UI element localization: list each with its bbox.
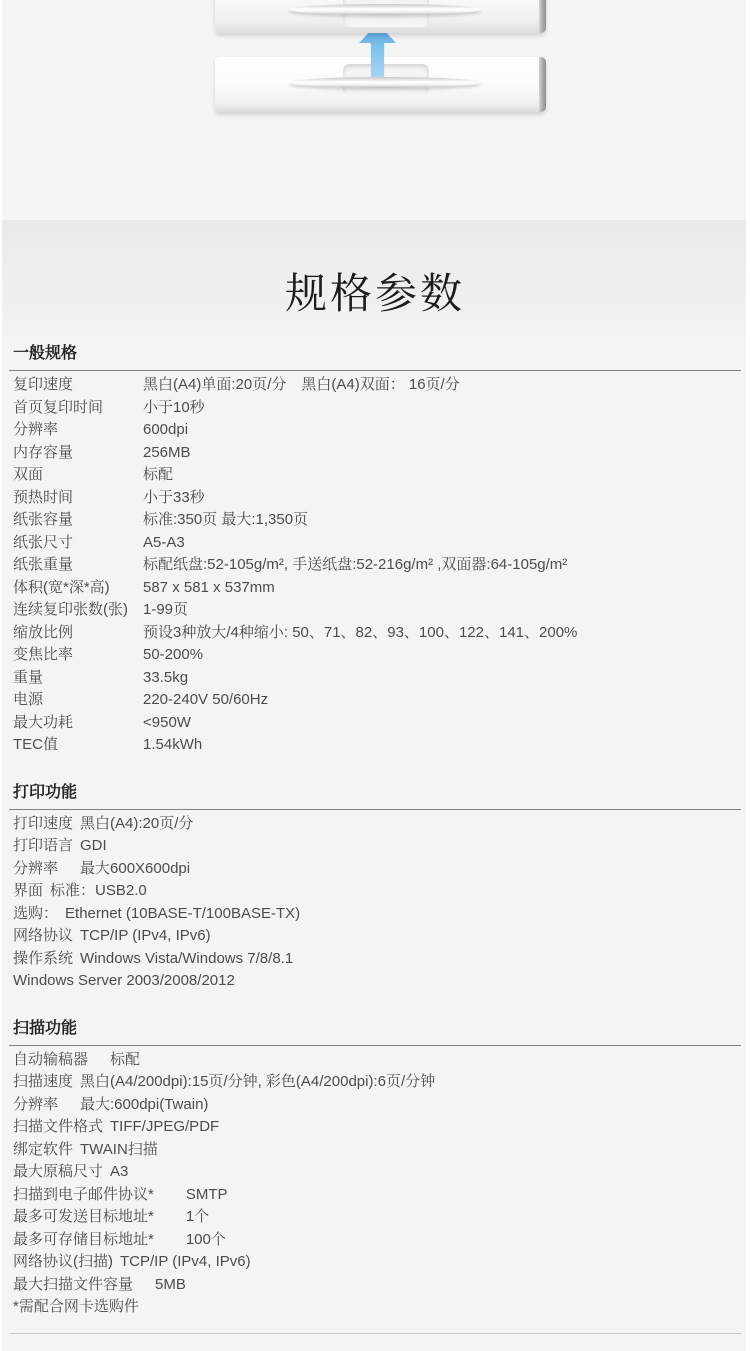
- spec-label: 分辨率: [13, 860, 58, 877]
- spec-value: 标准:350页 最大:1,350页: [143, 509, 741, 532]
- spec-label: 最大功耗: [13, 712, 143, 735]
- section-print: 打印功能 打印速度黑白(A4):20页/分 打印语言GDI 分辨率最大600X6…: [9, 783, 741, 993]
- spec-label: 双面: [13, 464, 143, 487]
- spec-row: 扫描到电子邮件协议*SMTP: [13, 1184, 741, 1207]
- spec-row: 打印速度黑白(A4):20页/分: [13, 813, 741, 836]
- spec-label: 最大原稿尺寸: [13, 1163, 103, 1180]
- spec-label: 重量: [13, 667, 143, 690]
- spec-row: 最大扫描文件容量5MB: [13, 1274, 741, 1297]
- spec-row: 分辨率最大:600dpi(Twain): [13, 1094, 741, 1117]
- spec-row: 预热时间小于33秒: [13, 487, 741, 510]
- section-scan-rows: 自动输稿器标配 扫描速度黑白(A4/200dpi):15页/分钟, 彩色(A4/…: [9, 1046, 741, 1319]
- spec-value: Ethernet (10BASE-T/100BASE-TX): [65, 905, 300, 922]
- spec-row: 重量33.5kg: [13, 667, 741, 690]
- product-photo: [0, 0, 750, 220]
- spec-row footnote: *需配合网卡选购件: [13, 1296, 741, 1319]
- left-page-edge: [0, 0, 2, 1351]
- spec-value: TCP/IP (IPv4, IPv6): [80, 927, 211, 944]
- spec-value: 1个: [186, 1208, 209, 1225]
- section-print-rows: 打印速度黑白(A4):20页/分 打印语言GDI 分辨率最大600X600dpi…: [9, 810, 741, 993]
- section-print-heading: 打印功能: [9, 783, 741, 810]
- spec-label: 最多可发送目标地址*: [13, 1208, 154, 1225]
- spec-row: 打印语言GDI: [13, 835, 741, 858]
- bottom-divider: [10, 1333, 741, 1334]
- spec-label: 网络协议(扫描): [13, 1253, 113, 1270]
- spec-label: 扫描文件格式: [13, 1118, 103, 1135]
- tray-handle: [289, 77, 481, 88]
- spec-value: TWAIN扫描: [80, 1141, 158, 1158]
- spec-value: 587 x 581 x 537mm: [143, 577, 741, 600]
- spec-row: 连续复印张数(张)1-99页: [13, 599, 741, 622]
- spec-label: 扫描速度: [13, 1073, 73, 1090]
- spec-row: 复印速度黑白(A4)单面:20页/分 黑白(A4)双面： 16页/分: [13, 374, 741, 397]
- spec-label: 打印语言: [13, 837, 73, 854]
- spec-row: 绑定软件TWAIN扫描: [13, 1139, 741, 1162]
- right-page-edge: [746, 0, 750, 1351]
- spec-panel: 规格参数 一般规格 复印速度黑白(A4)单面:20页/分 黑白(A4)双面： 1…: [0, 220, 750, 1351]
- spec-value: 标配: [110, 1051, 140, 1068]
- spec-value: TCP/IP (IPv4, IPv6): [120, 1253, 251, 1270]
- spec-row: 体积(宽*深*高)587 x 581 x 537mm: [13, 577, 741, 600]
- spec-row: 纸张重量标配纸盘:52-105g/m², 手送纸盘:52-216g/m² ,双面…: [13, 554, 741, 577]
- spec-value: 黑白(A4):20页/分: [80, 815, 193, 832]
- spec-value: 256MB: [143, 442, 741, 465]
- spec-row: 纸张容量标准:350页 最大:1,350页: [13, 509, 741, 532]
- spec-value: 最大600X600dpi: [80, 860, 190, 877]
- spec-value: 标配纸盘:52-105g/m², 手送纸盘:52-216g/m² ,双面器:64…: [143, 554, 741, 577]
- section-scan-heading: 扫描功能: [9, 1019, 741, 1046]
- spec-row: 扫描文件格式TIFF/JPEG/PDF: [13, 1116, 741, 1139]
- section-scan: 扫描功能 自动输稿器标配 扫描速度黑白(A4/200dpi):15页/分钟, 彩…: [9, 1019, 741, 1319]
- spec-label: 纸张容量: [13, 509, 143, 532]
- spec-row: 最多可存储目标地址*100个: [13, 1229, 741, 1252]
- spec-label: 分辨率: [13, 419, 143, 442]
- spec-label: 电源: [13, 689, 143, 712]
- spec-value: 黑白(A4)单面:20页/分 黑白(A4)双面： 16页/分: [143, 374, 741, 397]
- spec-label: 纸张尺寸: [13, 532, 143, 555]
- spec-row: 网络协议TCP/IP (IPv4, IPv6): [13, 925, 741, 948]
- spec-label: 复印速度: [13, 374, 143, 397]
- spec-row: 分辨率最大600X600dpi: [13, 858, 741, 881]
- spec-value: 小于10秒: [143, 397, 741, 420]
- spec-value: 1.54kWh: [143, 734, 741, 757]
- spec-value: <950W: [143, 712, 741, 735]
- spec-row: 界面标准：USB2.0: [13, 880, 741, 903]
- spec-value: A3: [110, 1163, 128, 1180]
- spec-value: 预设3种放大/4种缩小: 50、71、82、93、100、122、141、200…: [143, 622, 741, 645]
- spec-row: 最大功耗<950W: [13, 712, 741, 735]
- spec-value: Windows Vista/Windows 7/8/8.1: [80, 950, 293, 967]
- spec-row: 自动输稿器标配: [13, 1049, 741, 1072]
- spec-label: 体积(宽*深*高): [13, 577, 143, 600]
- spec-label: 选购：: [13, 905, 58, 922]
- spec-label: TEC值: [13, 734, 143, 757]
- spec-value: 220-240V 50/60Hz: [143, 689, 741, 712]
- spec-value: 5MB: [155, 1276, 186, 1293]
- spec-value: 标准：USB2.0: [50, 882, 147, 899]
- spec-value: 100个: [186, 1231, 226, 1248]
- spec-row: 扫描速度黑白(A4/200dpi):15页/分钟, 彩色(A4/200dpi):…: [13, 1071, 741, 1094]
- spec-label: 内存容量: [13, 442, 143, 465]
- spec-value: 50-200%: [143, 644, 741, 667]
- spec-label: 自动输稿器: [13, 1051, 88, 1068]
- spec-label: 界面: [13, 882, 43, 899]
- spec-row: 网络协议(扫描)TCP/IP (IPv4, IPv6): [13, 1251, 741, 1274]
- spec-value: 黑白(A4/200dpi):15页/分钟, 彩色(A4/200dpi):6页/分…: [80, 1073, 435, 1090]
- spec-row: 分辨率600dpi: [13, 419, 741, 442]
- tray-handle: [289, 4, 481, 15]
- spec-label: 操作系统: [13, 950, 73, 967]
- section-general-rows: 复印速度黑白(A4)单面:20页/分 黑白(A4)双面： 16页/分 首页复印时…: [9, 371, 741, 757]
- spec-label: 首页复印时间: [13, 397, 143, 420]
- spec-row: 电源220-240V 50/60Hz: [13, 689, 741, 712]
- spec-row: Windows Server 2003/2008/2012: [13, 970, 741, 993]
- spec-row: 纸张尺寸A5-A3: [13, 532, 741, 555]
- spec-row: 最多可发送目标地址*1个: [13, 1206, 741, 1229]
- spec-value: 标配: [143, 464, 741, 487]
- spec-label: 预热时间: [13, 487, 143, 510]
- spec-value: TIFF/JPEG/PDF: [110, 1118, 219, 1135]
- spec-label: 绑定软件: [13, 1141, 73, 1158]
- spec-label: 扫描到电子邮件协议*: [13, 1186, 154, 1203]
- spec-label: 分辨率: [13, 1096, 58, 1113]
- spec-row: 最大原稿尺寸A3: [13, 1161, 741, 1184]
- spec-label: 连续复印张数(张): [13, 599, 143, 622]
- spec-row: 操作系统Windows Vista/Windows 7/8/8.1: [13, 948, 741, 971]
- tray-side-edge: [539, 0, 546, 33]
- spec-value: 小于33秒: [143, 487, 741, 510]
- spec-footnote: *需配合网卡选购件: [13, 1298, 139, 1315]
- spec-row: 变焦比率50-200%: [13, 644, 741, 667]
- tray-side-edge: [539, 57, 546, 112]
- spec-row: 选购：Ethernet (10BASE-T/100BASE-TX): [13, 903, 741, 926]
- spec-label: 打印速度: [13, 815, 73, 832]
- spec-label: 缩放比例: [13, 622, 143, 645]
- spec-row: 缩放比例预设3种放大/4种缩小: 50、71、82、93、100、122、141…: [13, 622, 741, 645]
- spec-row: TEC值1.54kWh: [13, 734, 741, 757]
- spec-label: 变焦比率: [13, 644, 143, 667]
- spec-value: 最大:600dpi(Twain): [80, 1096, 208, 1113]
- page-title: 规格参数: [0, 220, 750, 318]
- section-general-heading: 一般规格: [9, 344, 741, 371]
- spec-row: 首页复印时间小于10秒: [13, 397, 741, 420]
- spec-value: 600dpi: [143, 419, 741, 442]
- spec-value: SMTP: [186, 1186, 228, 1203]
- section-general: 一般规格 复印速度黑白(A4)单面:20页/分 黑白(A4)双面： 16页/分 …: [9, 344, 741, 757]
- spec-label: Windows Server 2003/2008/2012: [13, 972, 235, 989]
- spec-value: 1-99页: [143, 599, 741, 622]
- spec-value: A5-A3: [143, 532, 741, 555]
- spec-label: 网络协议: [13, 927, 73, 944]
- spec-value: 33.5kg: [143, 667, 741, 690]
- spec-row: 双面标配: [13, 464, 741, 487]
- spec-value: GDI: [80, 837, 107, 854]
- product-detail-page: 规格参数 一般规格 复印速度黑白(A4)单面:20页/分 黑白(A4)双面： 1…: [0, 0, 750, 1351]
- spec-label: 最大扫描文件容量: [13, 1276, 133, 1293]
- spec-label: 纸张重量: [13, 554, 143, 577]
- spec-label: 最多可存储目标地址*: [13, 1231, 154, 1248]
- spec-row: 内存容量256MB: [13, 442, 741, 465]
- paper-tray-upper: [215, 0, 546, 33]
